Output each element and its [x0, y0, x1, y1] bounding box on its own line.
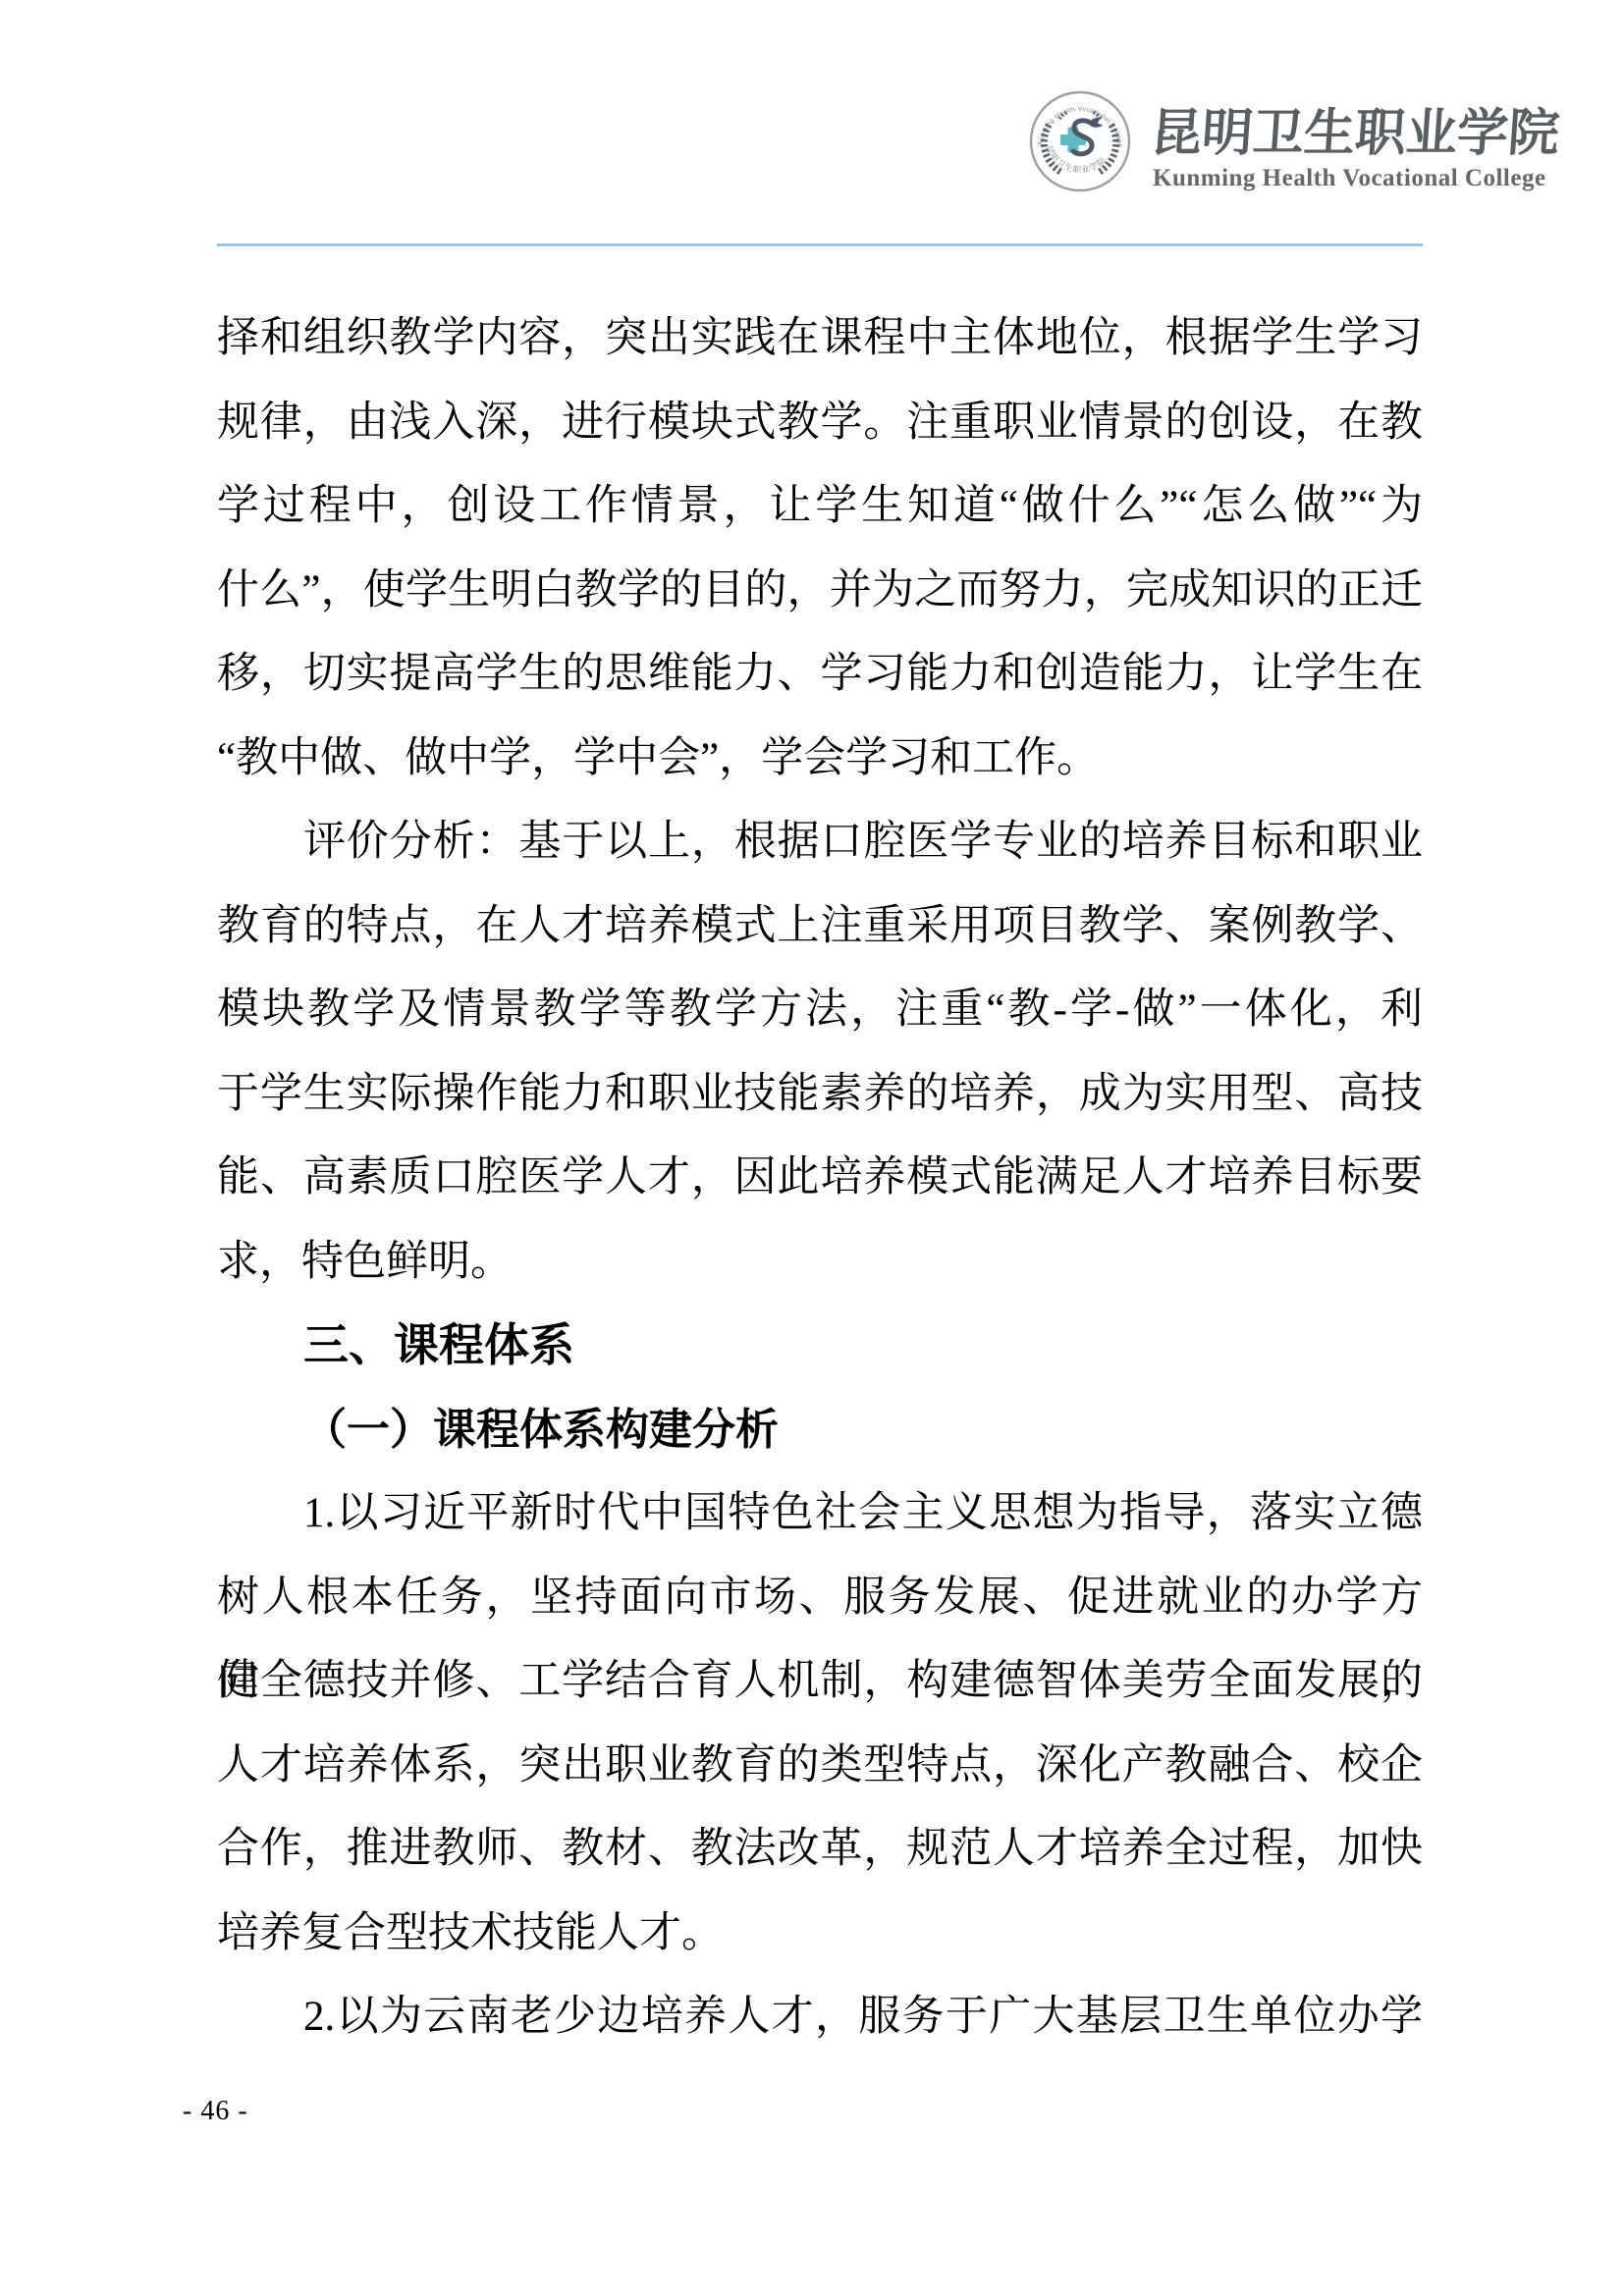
page-number: - 46 - [183, 2095, 248, 2128]
body-line: 1.以习近平新时代中国特色社会主义思想为指导，落实立德 [217, 1471, 1423, 1556]
document-body: 择和组织教学内容，突出实践在课程中主体地位，根据学生学习 规律，由浅入深，进行模… [217, 296, 1423, 2059]
college-seal-icon: Kunming Health Vocational College 昆明卫生职业… [1029, 90, 1131, 192]
section-heading: 三、课程体系 [217, 1304, 1423, 1388]
body-line: 合作，推进教师、教材、教法改革，规范人才培养全过程，加快 [217, 1807, 1423, 1892]
body-line: 学过程中，创设工作情景，让学生知道“做什么”“怎么做”“为 [217, 464, 1423, 549]
body-line: 于学生实际操作能力和职业技能素养的培养，成为实用型、高技 [217, 1052, 1423, 1137]
subsection-heading: （一）课程体系构建分析 [217, 1388, 1423, 1472]
body-line: 择和组织教学内容，突出实践在课程中主体地位，根据学生学习 [217, 296, 1423, 381]
body-line: 移，切实提高学生的思维能力、学习能力和创造能力，让学生在 [217, 632, 1423, 717]
body-line: 2.以为云南老少边培养人才，服务于广大基层卫生单位办学 [217, 1975, 1423, 2059]
header-rule [217, 243, 1423, 246]
document-page: Kunming Health Vocational College 昆明卫生职业… [0, 0, 1624, 2296]
college-name-zh: 昆明卫生职业学院 [1149, 104, 1506, 165]
body-line: 人才培养体系，突出职业教育的类型特点，深化产教融合、校企 [217, 1724, 1423, 1808]
body-line: 健全德技并修、工学结合育人机制，构建德智体美劳全面发展的 [217, 1639, 1423, 1724]
body-line: 树人根本任务，坚持面向市场、服务发展、促进就业的办学方向， [217, 1556, 1423, 1640]
body-line: 求，特色鲜明。 [217, 1220, 1423, 1305]
body-line: 规律，由浅入深，进行模块式教学。注重职业情景的创设，在教 [217, 381, 1423, 465]
body-line: “教中做、做中学，学中会”，学会学习和工作。 [217, 717, 1423, 801]
body-line: 模块教学及情景教学等教学方法，注重“教-学-做”一体化，利 [217, 968, 1423, 1052]
body-line: 培养复合型技术技能人才。 [217, 1892, 1423, 1976]
body-line: 能、高素质口腔医学人才，因此培养模式能满足人才培养目标要 [217, 1136, 1423, 1220]
college-name-en: Kunming Health Vocational College [1153, 165, 1545, 192]
body-line: 教育的特点，在人才培养模式上注重采用项目教学、案例教学、 [217, 884, 1423, 969]
body-line: 评价分析：基于以上，根据口腔医学专业的培养目标和职业 [217, 800, 1423, 884]
body-line: 什么”，使学生明白教学的目的，并为之而努力，完成知识的正迁 [217, 549, 1423, 633]
